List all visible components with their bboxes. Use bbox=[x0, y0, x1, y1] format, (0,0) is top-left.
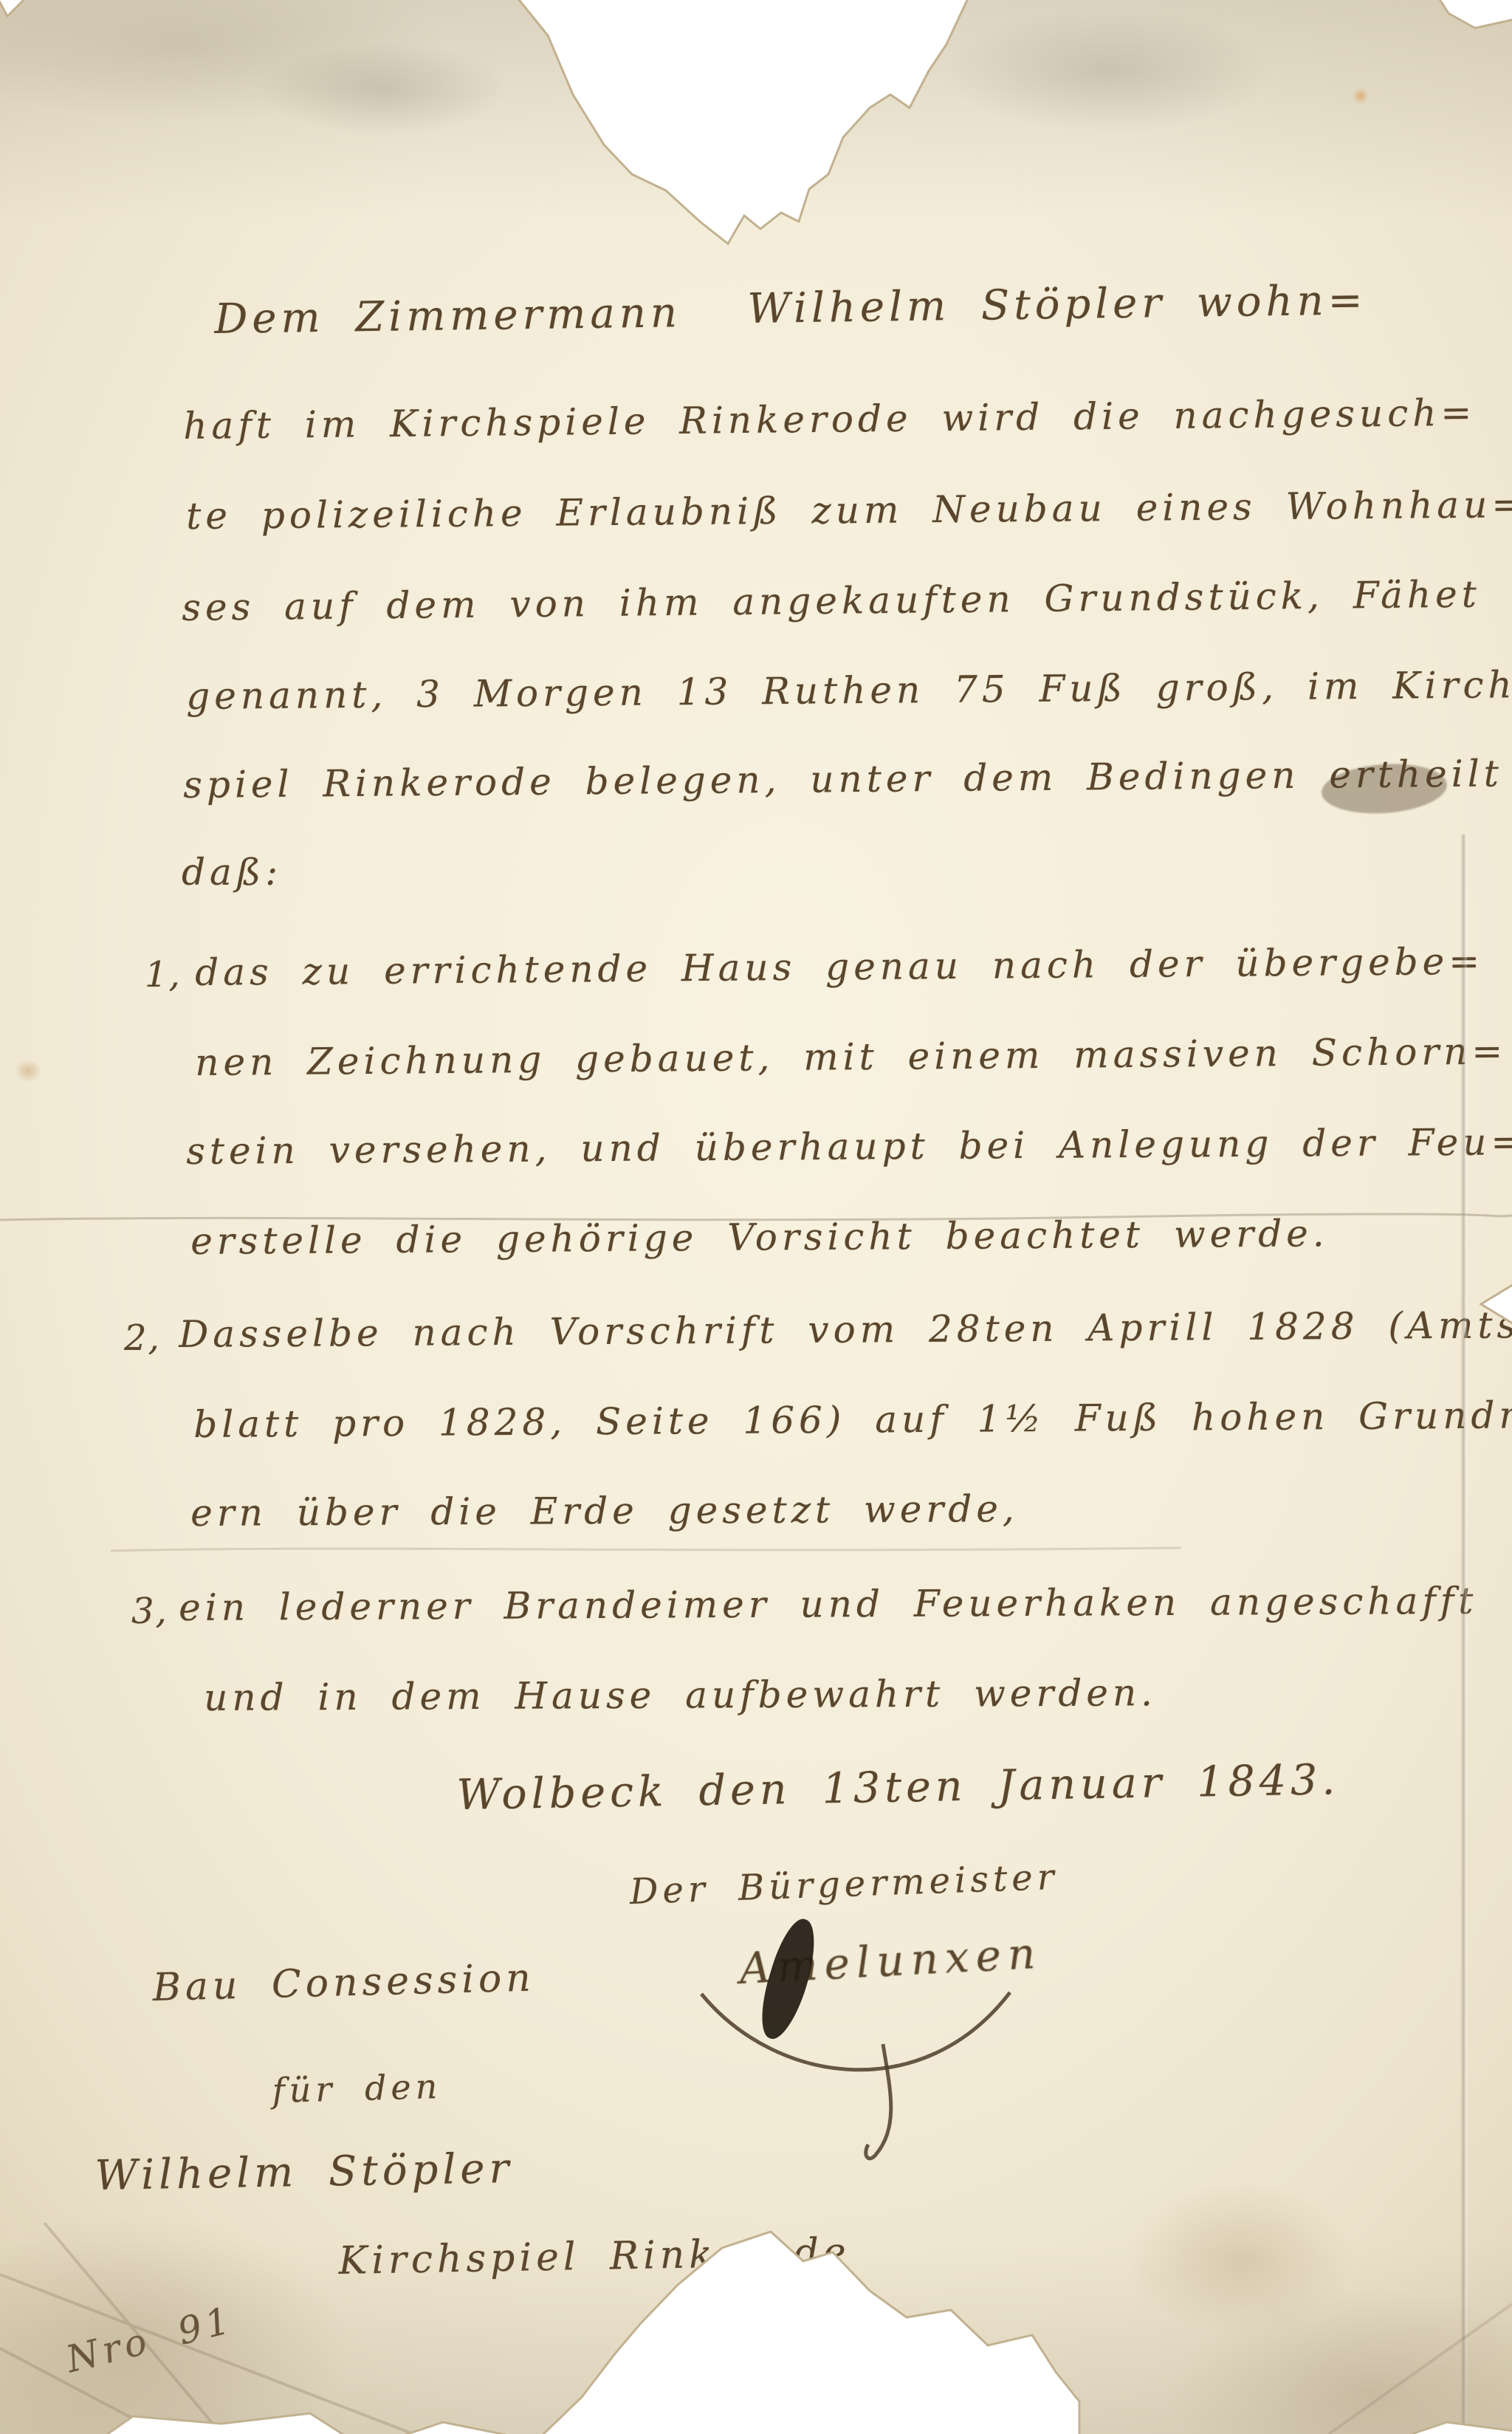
vertical-fold-crease bbox=[1460, 834, 1468, 2434]
horizontal-fold-crease-2 bbox=[111, 1548, 1181, 1551]
torn-edge-bottom-left-sliver-2 bbox=[399, 2422, 517, 2434]
signature-flourish-hook bbox=[866, 2044, 891, 2159]
docket-line-2: für den bbox=[272, 2066, 442, 2111]
bottom-right-fold-crease bbox=[1329, 2304, 1512, 2434]
condition-2-line-2: blatt pro 1828, Seite 166) auf 1½ Fuß ho… bbox=[193, 1393, 1512, 1446]
torn-edge-top-left-corner bbox=[0, 0, 27, 16]
torn-edge-bottom-left-sliver-1 bbox=[103, 2413, 347, 2434]
condition-1-line-2: nen Zeichnung gebauet, mit einem massive… bbox=[195, 1029, 1508, 1084]
condition-3-line-2: und in dem Hause aufbewahrt werden. bbox=[204, 1671, 1157, 1719]
opening-line-4: ses auf dem von ihm angekauften Grundstü… bbox=[182, 573, 1481, 629]
opening-line-6: spiel Rinkerode belegen, unter dem Bedin… bbox=[183, 752, 1503, 806]
signature-role: Der Bürgermeister bbox=[629, 1857, 1059, 1913]
condition-2-line-1: Dasselbe nach Vorschrift vom 28ten April… bbox=[179, 1303, 1512, 1356]
opening-line-1b: Wilhelm Stöpler wohn= bbox=[747, 276, 1367, 333]
registry-number: Nro 91 bbox=[62, 2298, 238, 2381]
condition-1-line-3: stein versehen, und überhaupt bei Anlegu… bbox=[186, 1120, 1512, 1173]
condition-3-line-1: ein lederner Brandeimer und Feuerhaken a… bbox=[179, 1580, 1478, 1629]
docket-line-4: Kirchspiel Rinkerode bbox=[338, 2230, 850, 2283]
condition-1-line-4: erstelle die gehörige Vorsicht beachtet … bbox=[190, 1212, 1329, 1263]
condition-3-marker: 3, bbox=[131, 1591, 168, 1632]
opening-line-5: genannt, 3 Morgen 13 Ruthen 75 Fuß groß,… bbox=[186, 663, 1512, 718]
condition-2-marker: 2, bbox=[124, 1317, 161, 1359]
opening-line-7: daß: bbox=[182, 851, 282, 894]
torn-edge-top-notch bbox=[517, 0, 969, 244]
condition-1-line-1: das zu errichtende Haus genau nach der ü… bbox=[195, 940, 1484, 994]
dateline: Wolbeck den 13ten Januar 1843. bbox=[456, 1755, 1340, 1820]
torn-edge-bottom-right-sliver bbox=[1403, 2422, 1512, 2434]
manuscript-page: Dem Zimmermann Wilhelm Stöpler wohn= haf… bbox=[0, 0, 1512, 2434]
torn-edge-top-right-corner bbox=[1438, 0, 1512, 28]
opening-line-3: te polizeiliche Erlaubniß zum Neubau ein… bbox=[186, 483, 1512, 538]
opening-line-1a: Dem Zimmermann bbox=[214, 289, 681, 343]
opening-line-2: haft im Kirchspiele Rinkerode wird die n… bbox=[183, 391, 1477, 448]
docket-line-3: Wilhelm Stöpler bbox=[94, 2145, 514, 2200]
docket-line-1: Bau Consession bbox=[152, 1955, 535, 2010]
condition-2-line-3: ern über die Erde gesetzt werde, bbox=[190, 1487, 1019, 1535]
condition-1-marker: 1, bbox=[145, 954, 182, 995]
signature-flourish-curve bbox=[701, 1992, 1010, 2070]
